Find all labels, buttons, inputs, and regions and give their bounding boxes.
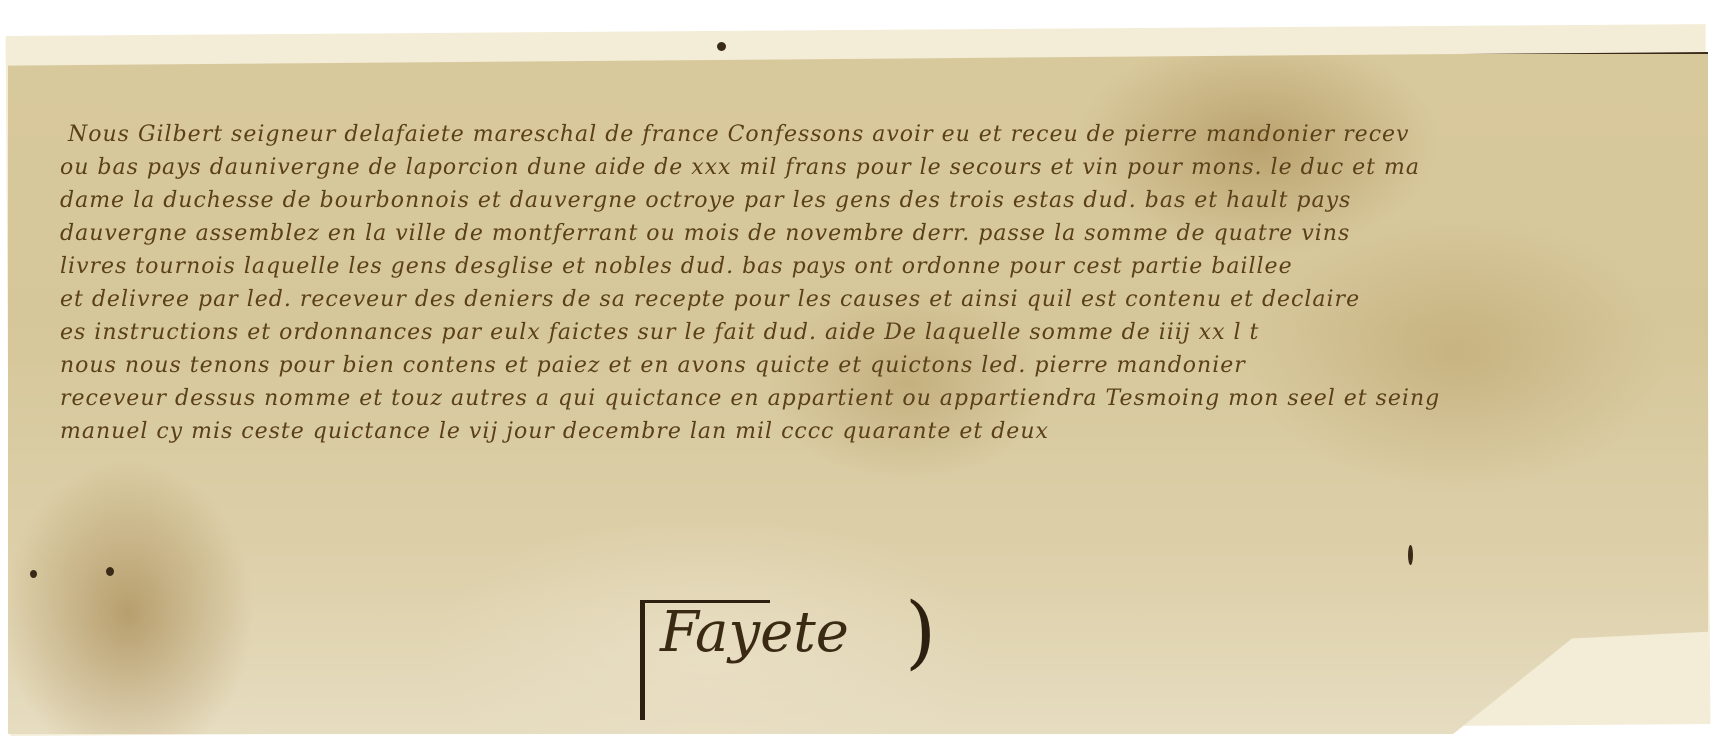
text-line-1: Nous Gilbert seigneur delafaiete maresch… (60, 118, 1680, 151)
signature-flourish: ) (905, 585, 936, 678)
text-line-7: es instructions et ordonnances par eulx … (60, 316, 1680, 349)
ink-spot (717, 42, 726, 51)
text-line-2: ou bas pays daunivergne de laporcion dun… (60, 151, 1680, 184)
text-line-4: dauvergne assemblez en la ville de montf… (60, 217, 1680, 250)
text-line-10: manuel cy mis ceste quictance le vij jou… (60, 415, 1680, 448)
signature: Fayete (660, 600, 849, 665)
ink-mark (1408, 545, 1413, 565)
text-line-9: receveur dessus nomme et touz autres a q… (60, 382, 1680, 415)
signature-stroke-vertical (640, 600, 645, 720)
text-line-5: livres tournois laquelle les gens desgli… (60, 250, 1680, 283)
ink-spot (106, 567, 114, 576)
manuscript-text: Nous Gilbert seigneur delafaiete maresch… (60, 118, 1680, 448)
ink-spot (30, 570, 37, 578)
text-line-3: dame la duchesse de bourbonnois et dauve… (60, 184, 1680, 217)
text-line-6: et delivree par led. receveur des denier… (60, 283, 1680, 316)
text-line-8: nous nous tenons pour bien contens et pa… (60, 349, 1680, 382)
